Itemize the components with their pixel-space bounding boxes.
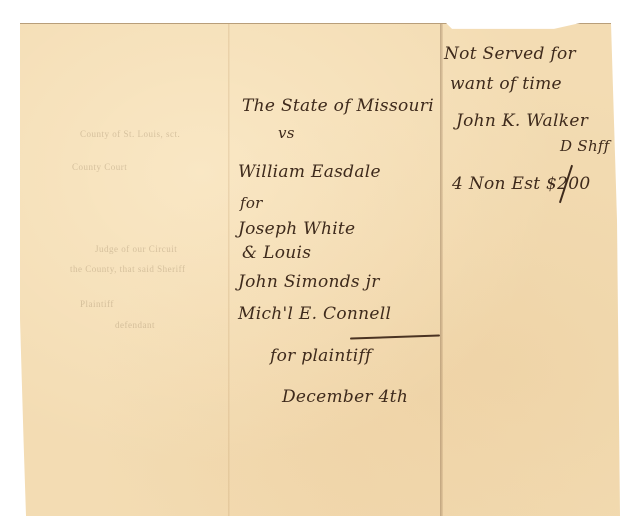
return-note-line-2: want of time [450,74,562,94]
date-label: December 4th [282,387,408,407]
plaintiff-name-4: Mich'l E. Connell [238,304,391,324]
plaintiff-name-1: Joseph White [238,219,355,239]
printed-judge-line: Judge of our Circuit [95,244,177,254]
case-title: The State of Missouri [242,96,434,116]
versus-mark: vs [278,124,295,142]
fold-line-right [440,24,443,516]
for-label: for [240,194,263,212]
printed-plaintiff-line: Plaintiff [80,299,114,309]
printed-sheriff-line: the County, that said Sheriff [70,264,186,274]
underline-stroke [350,334,440,339]
non-est-fee: 4 Non Est $200 [452,174,591,194]
printed-county-line: County of St. Louis, sct. [80,129,180,139]
document-paper: County of St. Louis, sct. County Court J… [20,23,620,516]
for-plaintiff-label: for plaintiff [270,346,372,366]
plaintiff-name-2: & Louis [242,243,311,263]
sheriff-title: D Shff [560,137,610,155]
printed-court-line: County Court [72,162,127,172]
sheriff-signature: John K. Walker [456,111,588,131]
fold-line-left [228,24,230,516]
defendant-name: William Easdale [238,162,381,182]
printed-defendant-line: defendant [115,320,155,330]
return-note-line-1: Not Served for [444,44,576,64]
plaintiff-name-3: John Simonds jr [238,272,380,292]
